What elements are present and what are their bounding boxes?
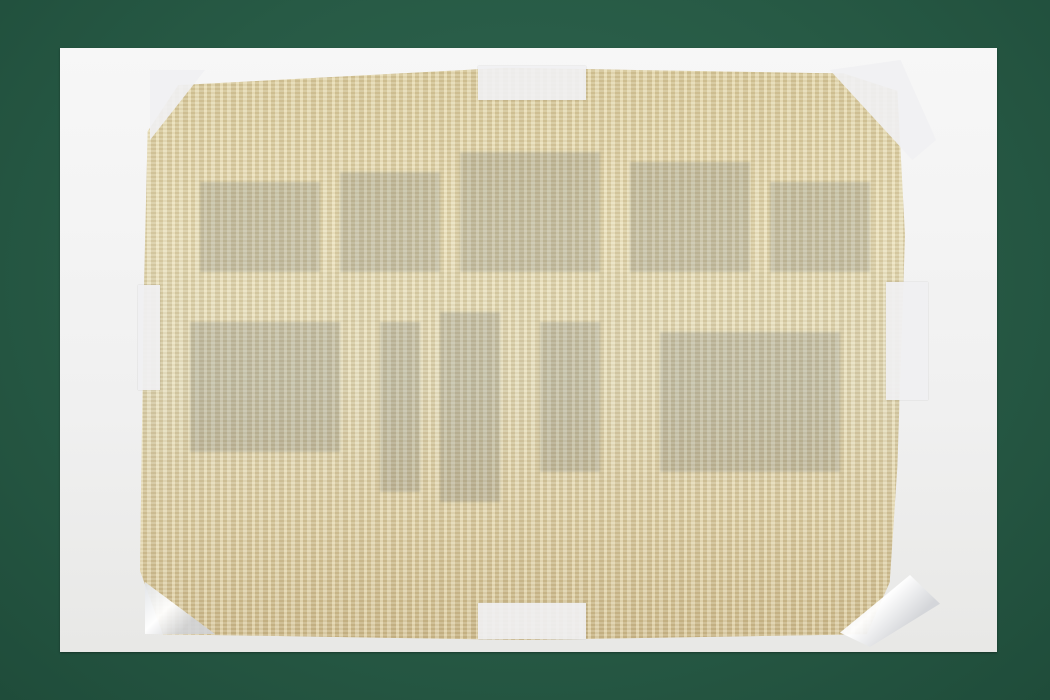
tape-bottom-center xyxy=(478,603,586,639)
tape-left-middle xyxy=(138,285,160,390)
tape-top-center xyxy=(478,66,586,100)
tape-right-middle xyxy=(886,282,928,400)
papyrus-sheet xyxy=(140,62,905,640)
